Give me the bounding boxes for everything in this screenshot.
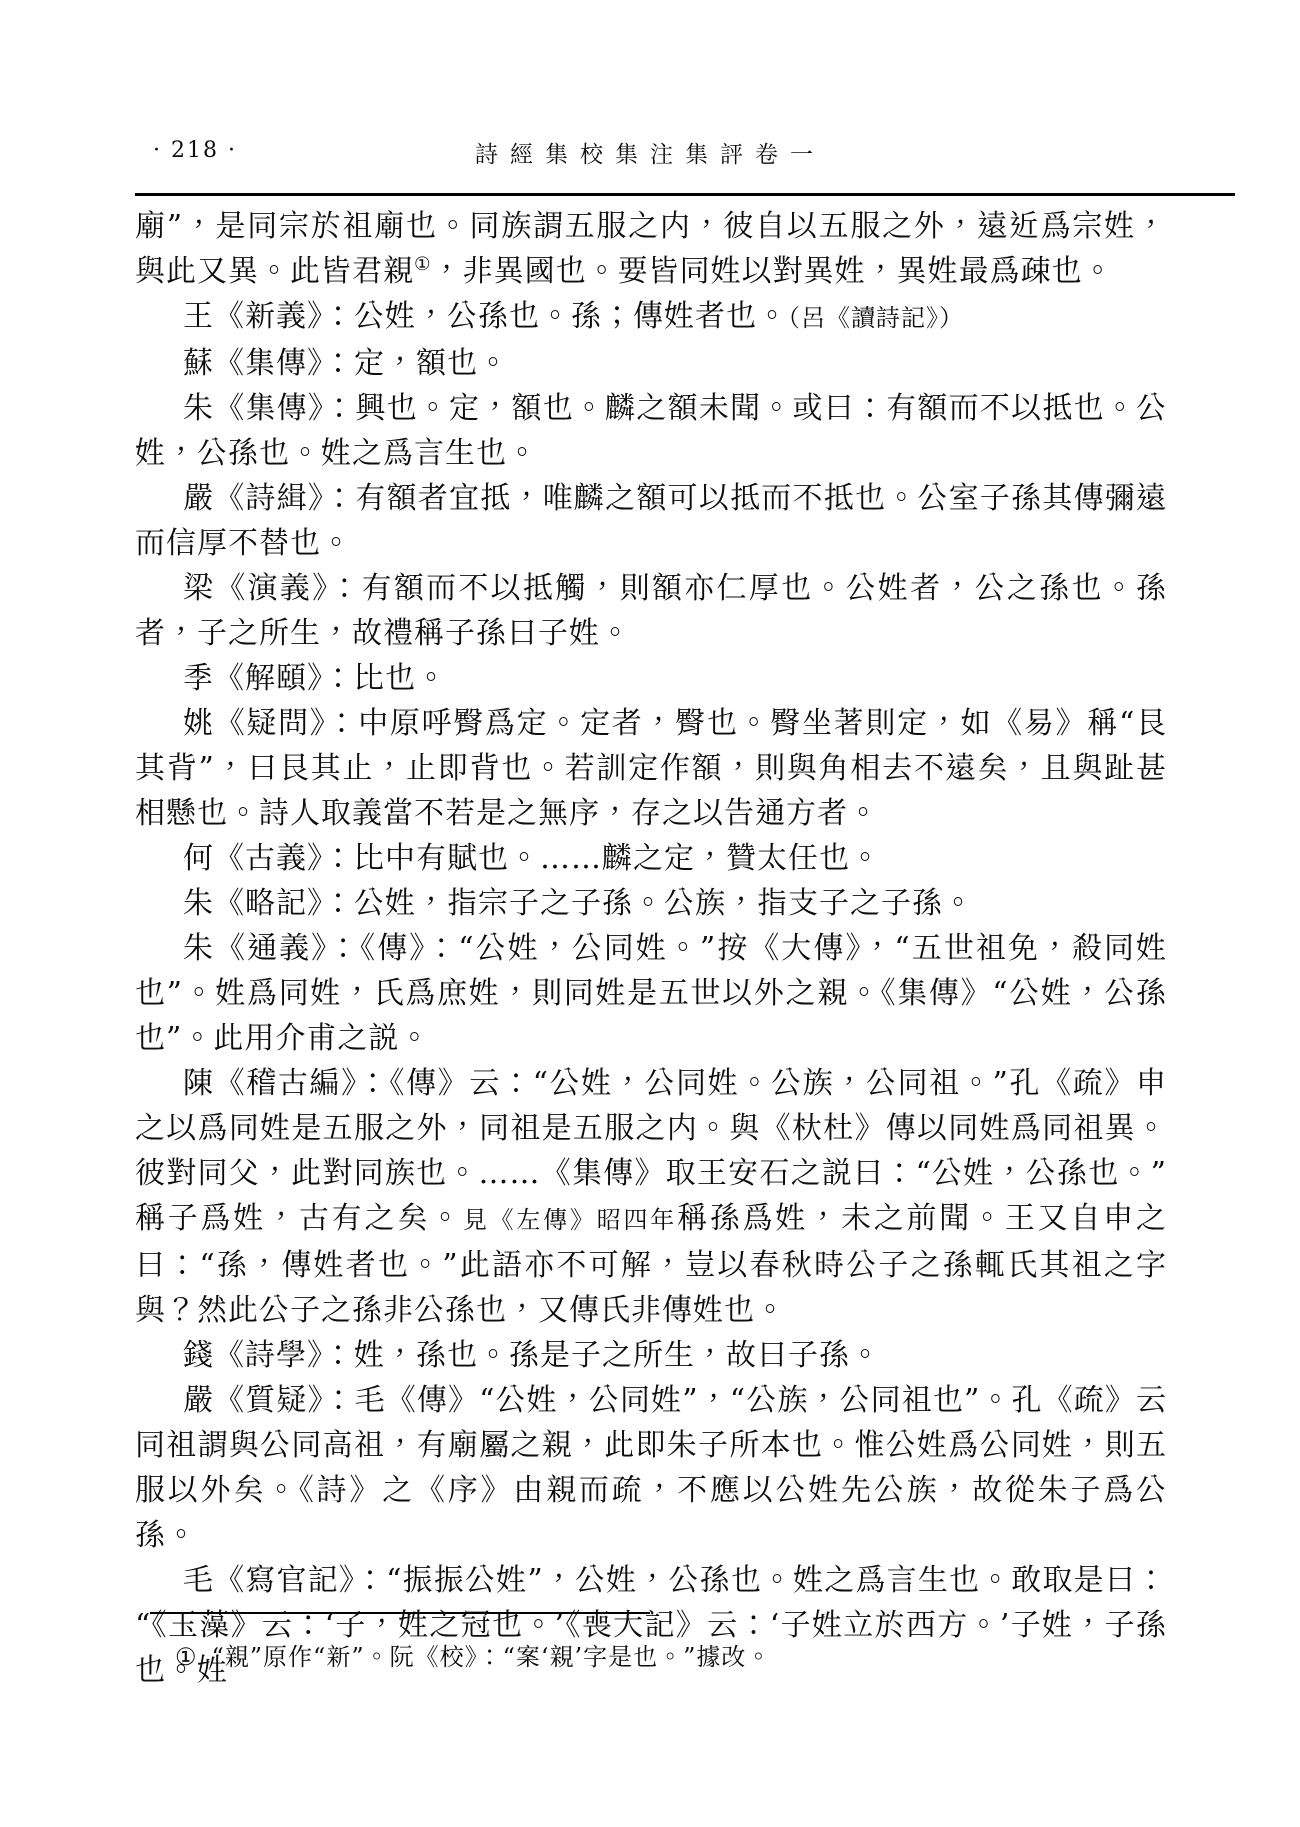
- header-divider-rule: [135, 193, 1235, 196]
- paragraph: 梁《演義》：有額而不以抵觸，則額亦仁厚也。公姓者，公之孫也。孫者，子之所生，故禮…: [135, 566, 1167, 656]
- inline-note-segment: （呂《讀詩記》）: [788, 304, 964, 332]
- paragraph: 廟”，是同宗於祖廟也。同族謂五服之内，彼自以五服之外，遠近爲宗姓，與此又異。此皆…: [135, 204, 1167, 294]
- footnote-marker: ①: [175, 1643, 198, 1671]
- text-segment: 梁《演義》：有額而不以抵觸，則額亦仁厚也。公姓者，公之孫也。孫者，子之所生，故禮…: [135, 571, 1167, 651]
- inline-note-segment: 見《左傳》昭四年: [463, 1206, 677, 1234]
- paragraph: 朱《通義》：《傳》：“公姓，公同姓。”按《大傳》，“五世祖免，殺同姓也”。姓爲同…: [135, 926, 1167, 1061]
- scanned-book-page: · 218 · 詩經集校集注集評卷一 廟”，是同宗於祖廟也。同族謂五服之内，彼自…: [0, 0, 1300, 1827]
- footnote-ref: ①: [414, 254, 432, 275]
- text-segment: 蘇《集傳》：定，額也。: [183, 346, 509, 381]
- text-segment: 朱《略記》：公姓，指宗子之子孫。公族，指支子之子孫。: [183, 886, 974, 921]
- footnote-separator: [150, 1612, 650, 1614]
- page-number: · 218 ·: [153, 138, 237, 163]
- text-segment: 朱《集傳》：興也。定，額也。麟之額未聞。或曰：有額而不以抵也。公姓，公孫也。姓之…: [135, 391, 1167, 471]
- paragraph: 姚《疑問》：中原呼臀爲定。定者，臀也。臀坐著則定，如《易》稱“艮其背”，曰艮其止…: [135, 701, 1167, 836]
- paragraph: 朱《集傳》：興也。定，額也。麟之額未聞。或曰：有額而不以抵也。公姓，公孫也。姓之…: [135, 386, 1167, 476]
- paragraph: 季《解頤》：比也。: [135, 656, 1167, 701]
- text-segment: 嚴《詩緝》：有額者宜抵，唯麟之額可以抵而不抵也。公室子孫其傳彌遠而信厚不替也。: [135, 481, 1167, 561]
- paragraph: 王《新義》：公姓，公孫也。孫；傳姓者也。（呂《讀詩記》）: [135, 294, 1167, 341]
- paragraph: 陳《稽古編》：《傳》云：“公姓，公同姓。公族，公同祖。”孔《疏》申之以爲同姓是五…: [135, 1061, 1167, 1333]
- paragraph: 朱《略記》：公姓，指宗子之子孫。公族，指支子之子孫。: [135, 881, 1167, 926]
- book-title: 詩經集校集注集評卷一: [135, 130, 1165, 169]
- paragraph: 蘇《集傳》：定，額也。: [135, 341, 1167, 386]
- paragraph: 嚴《詩緝》：有額者宜抵，唯麟之額可以抵而不抵也。公室子孫其傳彌遠而信厚不替也。: [135, 476, 1167, 566]
- text-segment: 朱《通義》：《傳》：“公姓，公同姓。”按《大傳》，“五世祖免，殺同姓也”。姓爲同…: [135, 931, 1167, 1056]
- text-segment: 季《解頤》：比也。: [183, 661, 447, 696]
- text-segment: ，非異國也。要皆同姓以對異姓，異姓最爲疎也。: [432, 254, 1114, 289]
- footnote-text: “親”原作“新”。阮《校》：“案‘親’字是也。”據改。: [212, 1643, 772, 1671]
- body-text: 廟”，是同宗於祖廟也。同族謂五服之内，彼自以五服之外，遠近爲宗姓，與此又異。此皆…: [135, 204, 1167, 1693]
- text-segment: 何《古義》：比中有賦也。……麟之定，贊太任也。: [183, 841, 881, 876]
- paragraph: 何《古義》：比中有賦也。……麟之定，贊太任也。: [135, 836, 1167, 881]
- footnote: ①“親”原作“新”。阮《校》：“案‘親’字是也。”據改。: [175, 1640, 1165, 1674]
- paragraph: 嚴《質疑》：毛《傳》“公姓，公同姓”，“公族，公同祖也”。孔《疏》云同祖謂與公同…: [135, 1378, 1167, 1558]
- text-segment: 姚《疑問》：中原呼臀爲定。定者，臀也。臀坐著則定，如《易》稱“艮其背”，曰艮其止…: [135, 706, 1167, 831]
- page-header: · 218 · 詩經集校集注集評卷一: [135, 130, 1165, 170]
- text-segment: 錢《詩學》：姓，孫也。孫是子之所生，故曰子孫。: [183, 1338, 881, 1373]
- text-segment: 王《新義》：公姓，公孫也。孫；傳姓者也。: [183, 299, 788, 334]
- paragraph: 錢《詩學》：姓，孫也。孫是子之所生，故曰子孫。: [135, 1333, 1167, 1378]
- text-segment: 嚴《質疑》：毛《傳》“公姓，公同姓”，“公族，公同祖也”。孔《疏》云同祖謂與公同…: [135, 1383, 1167, 1553]
